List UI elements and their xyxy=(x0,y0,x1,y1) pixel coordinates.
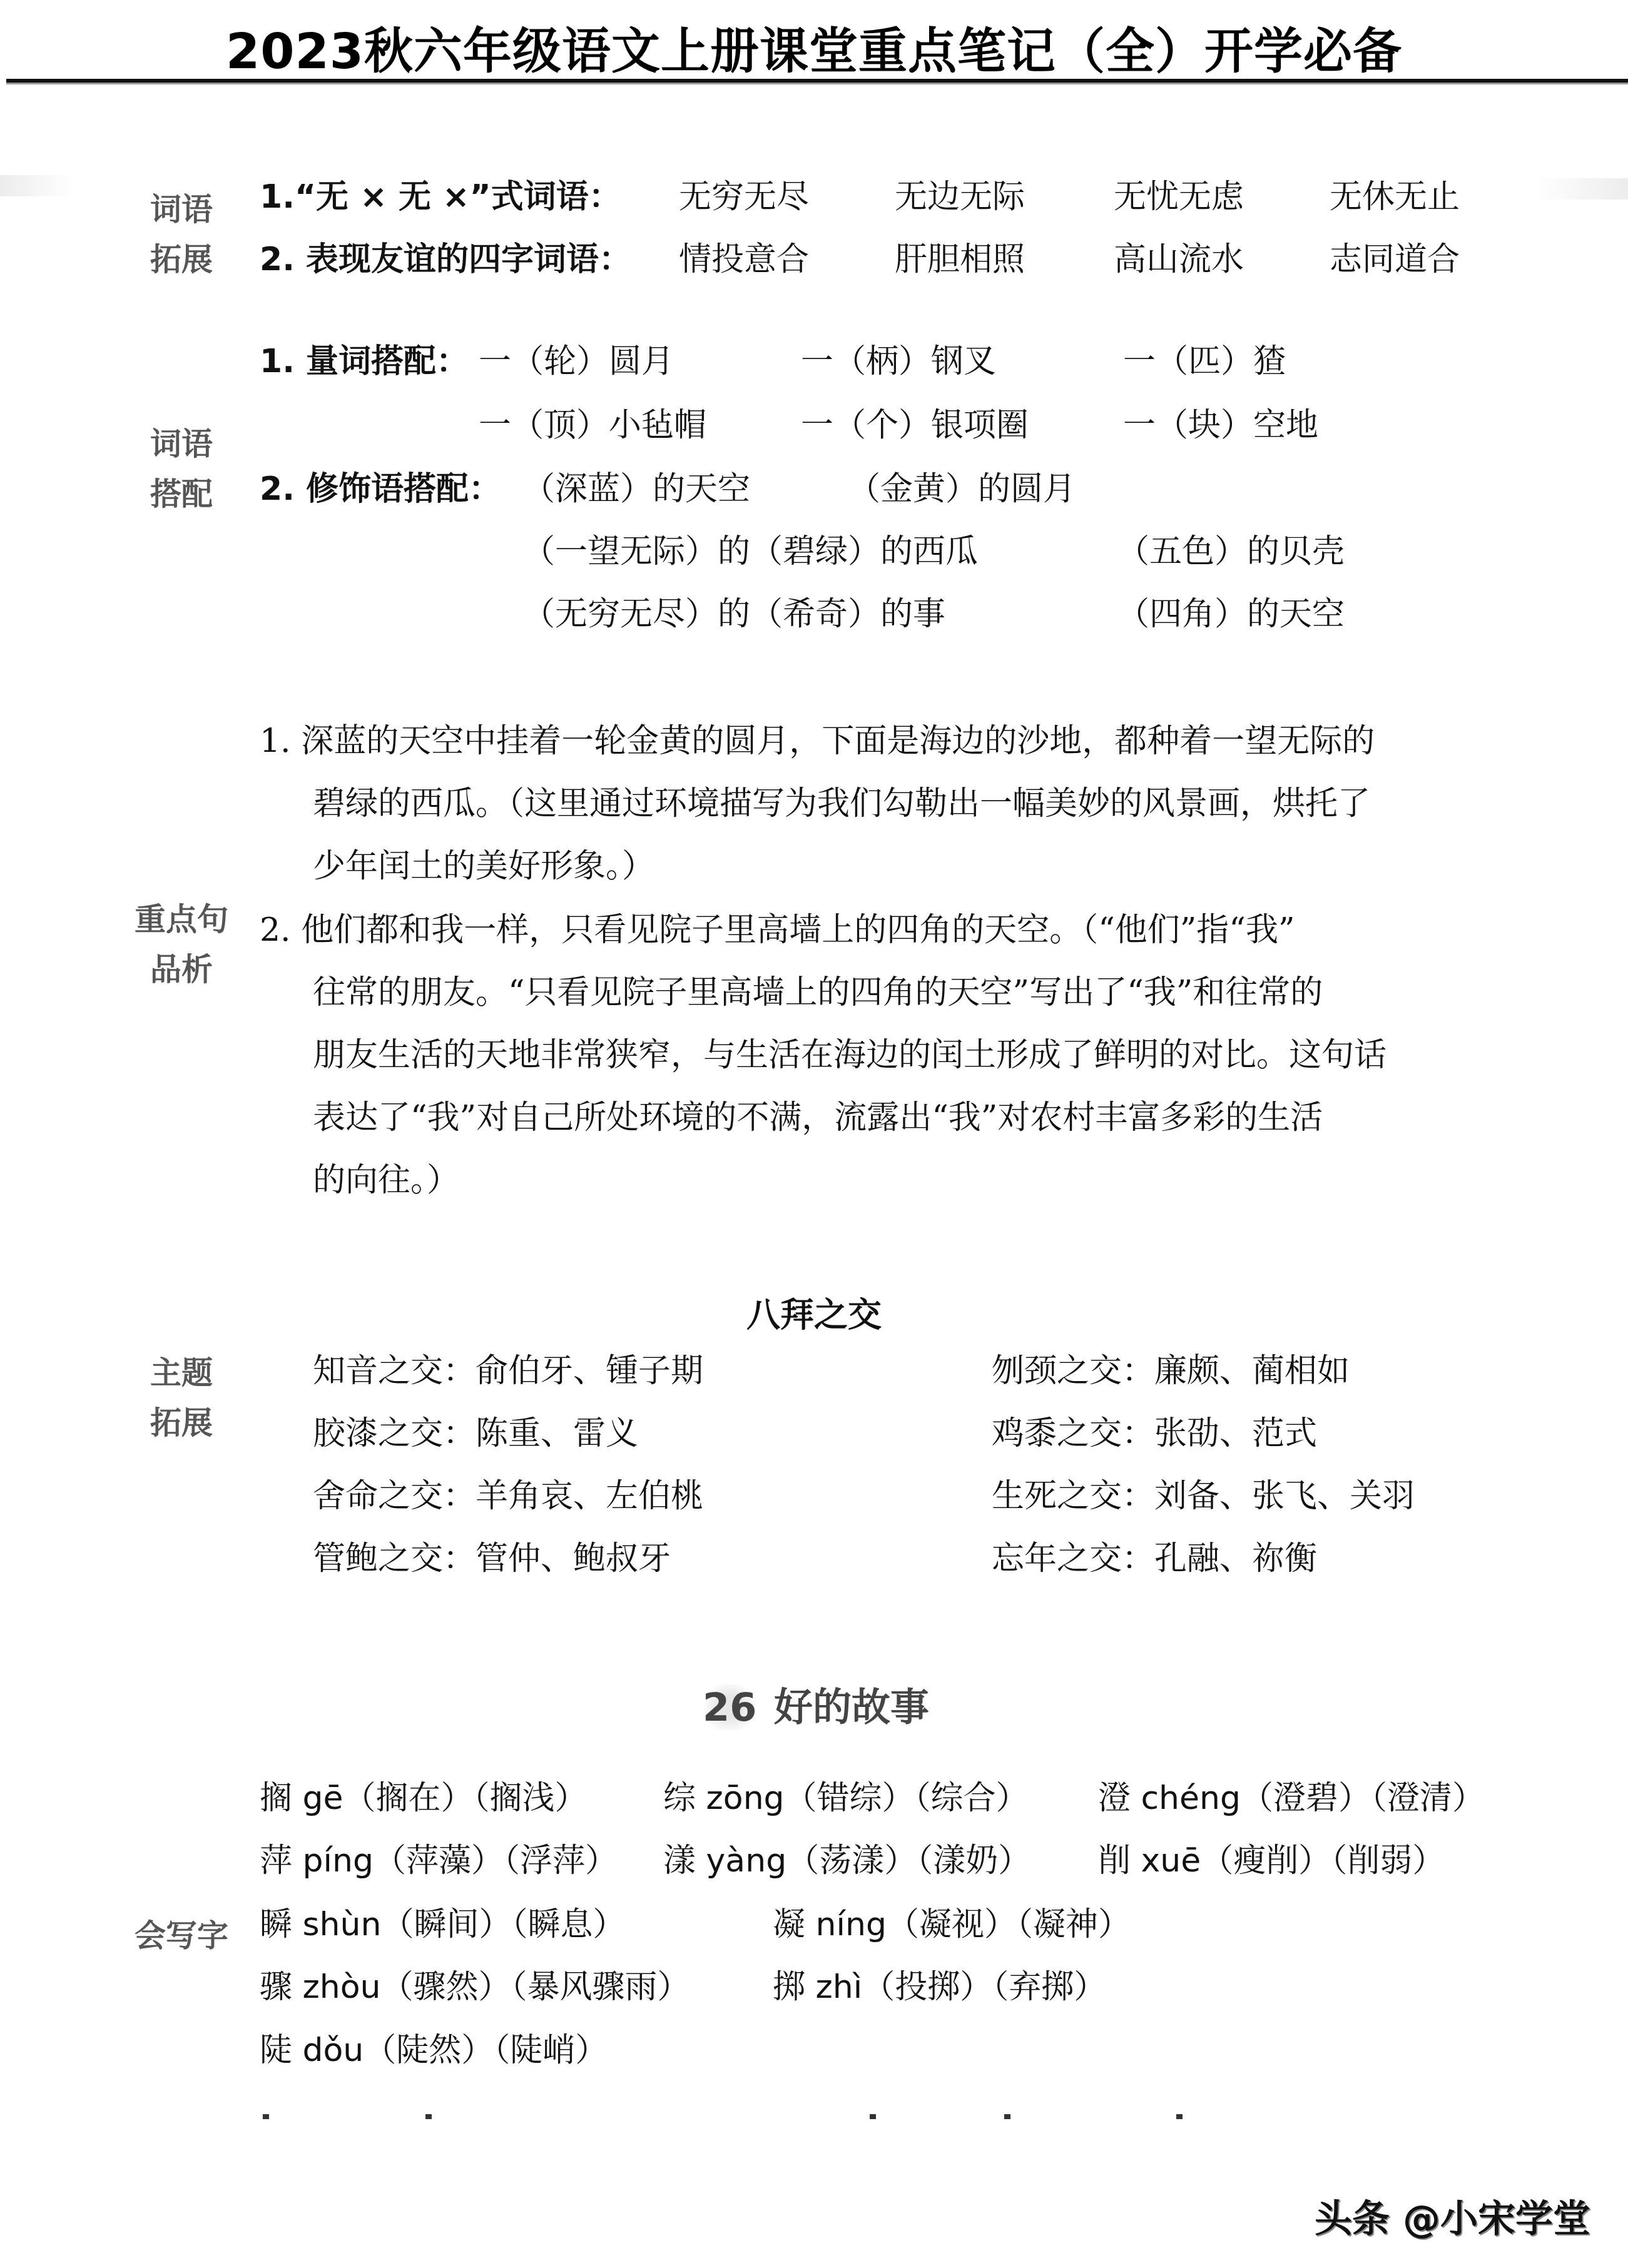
match-item: （五色）的贝壳 xyxy=(1117,533,1345,570)
fragment xyxy=(870,2114,876,2119)
fragment xyxy=(263,2114,269,2119)
section-label: 主题 拓展 xyxy=(119,1348,244,1448)
match-item: 一（轮）圆月 xyxy=(479,343,674,380)
friendship-item: 知音之交：俞伯牙、锺子期 xyxy=(313,1352,703,1390)
sentence-line: 朋友生活的天地非常狭窄，与生活在海边的闰土形成了鲜明的对比。这句话 xyxy=(313,1036,1386,1074)
char-entry: 萍 píng（萍藻）（浮萍） xyxy=(260,1842,618,1880)
sentence-line: 表达了“我”对自己所处环境的不满，流露出“我”对农村丰富多彩的生活 xyxy=(313,1099,1323,1137)
row-lead: 1.“无 × 无 ×”式词语： xyxy=(260,178,621,216)
section-label: 重点句 品析 xyxy=(119,894,244,995)
row-lead: 1. 量词搭配： xyxy=(260,343,469,380)
vocab-item: 志同道合 xyxy=(1330,241,1460,278)
sentence-line: 2. 他们都和我一样，只看见院子里高墙上的四角的天空。（“他们”指“我” xyxy=(260,911,1295,949)
lesson-number: 26 xyxy=(699,1684,760,1730)
section-label-line: 拓展 xyxy=(119,235,244,285)
row-lead: 2. 修饰语搭配： xyxy=(260,470,501,508)
lesson-title: 好的故事 xyxy=(774,1684,929,1730)
char-entry: 瞬 shùn（瞬间）（瞬息） xyxy=(260,1906,626,1943)
match-item: （深蓝）的天空 xyxy=(522,470,750,508)
vocab-item: 无忧无虑 xyxy=(1114,178,1244,216)
char-entry: 搁 gē（搁在）（搁浅） xyxy=(260,1779,588,1817)
char-entry: 削 xuē（瘦削）（削弱） xyxy=(1098,1842,1445,1880)
char-entry: 综 zōng（错综）（综合） xyxy=(663,1779,1029,1817)
page-title: 2023秋六年级语文上册课堂重点笔记（全）开学必备 xyxy=(0,13,1628,83)
match-item: 一（个）银项圈 xyxy=(801,407,1029,444)
sentence-line: 1. 深蓝的天空中挂着一轮金黄的圆月，下面是海边的沙地，都种着一望无际的 xyxy=(260,722,1375,760)
match-item: （一望无际）的（碧绿）的西瓜 xyxy=(522,533,978,570)
vocab-item: 无休无止 xyxy=(1330,178,1460,216)
section-label-line: 主题 xyxy=(119,1348,244,1398)
char-entry: 骤 zhòu（骤然）（暴风骤雨） xyxy=(260,1968,690,2006)
match-item: 一（匹）猹 xyxy=(1123,343,1286,380)
section-label-line: 词语 xyxy=(119,419,244,469)
section-label: 词语 拓展 xyxy=(119,185,244,285)
char-entry: 漾 yàng（荡漾）（漾奶） xyxy=(663,1842,1030,1880)
lesson-heading: 26 好的故事 xyxy=(0,1676,1628,1732)
section-label-line: 拓展 xyxy=(119,1398,244,1448)
friendship-item: 忘年之交：孔融、祢衡 xyxy=(992,1540,1317,1577)
friendship-item: 鸡黍之交：张劭、范式 xyxy=(992,1415,1317,1452)
section-label: 词语 搭配 xyxy=(119,419,244,519)
match-item: 一（块）空地 xyxy=(1123,407,1318,444)
match-item: （四角）的天空 xyxy=(1117,595,1345,633)
sentence-line: 的向往。） xyxy=(313,1162,459,1199)
char-entry: 陡 dǒu（陡然）（陡峭） xyxy=(260,2032,608,2069)
friendship-item: 管鲍之交：管仲、鲍叔牙 xyxy=(313,1540,671,1577)
title-divider xyxy=(6,79,1628,83)
fragment xyxy=(425,2114,432,2119)
friendship-item: 生死之交：刘备、张飞、关羽 xyxy=(992,1477,1415,1515)
friendship-item: 胶漆之交：陈重、雷义 xyxy=(313,1415,638,1452)
vocab-item: 高山流水 xyxy=(1114,241,1244,278)
match-item: 一（顶）小毡帽 xyxy=(479,407,706,444)
row-lead: 2. 表现友谊的四字词语： xyxy=(260,241,631,278)
section-label-line: 搭配 xyxy=(119,469,244,519)
scan-smudge-right xyxy=(1534,178,1628,200)
vocab-item: 情投意合 xyxy=(679,241,809,278)
sentence-line: 往常的朋友。“只看见院子里高墙上的四角的天空”写出了“我”和往常的 xyxy=(313,974,1323,1011)
vocab-item: 无边无际 xyxy=(895,178,1025,216)
char-entry: 凝 níng（凝视）（凝神） xyxy=(773,1906,1131,1943)
match-item: （金黄）的圆月 xyxy=(848,470,1076,508)
sentence-line: 少年闰土的美好形象。） xyxy=(313,848,654,885)
vocab-item: 肝胆相照 xyxy=(895,241,1025,278)
match-item: （无穷无尽）的（希奇）的事 xyxy=(522,595,945,633)
watermark: 头条 @小宋学堂 xyxy=(1315,2189,1590,2243)
section-label-line: 品析 xyxy=(119,944,244,995)
sentence-line: 碧绿的西瓜。（这里通过环境描写为我们勾勒出一幅美妙的风景画，烘托了 xyxy=(313,785,1370,823)
vocab-item: 无穷无尽 xyxy=(679,178,809,216)
fragment xyxy=(1004,2114,1010,2119)
friendship-item: 舍命之交：羊角哀、左伯桃 xyxy=(313,1477,703,1515)
section-label-line: 词语 xyxy=(119,185,244,235)
section-label: 会写字 xyxy=(119,1911,244,1961)
char-entry: 掷 zhì（投掷）（弃掷） xyxy=(773,1968,1106,2006)
scan-smudge-left xyxy=(0,175,75,196)
section-label-line: 重点句 xyxy=(119,894,244,944)
fragment xyxy=(1176,2114,1183,2119)
match-item: 一（柄）钢叉 xyxy=(801,343,996,380)
char-entry: 澄 chéng（澄碧）（澄清） xyxy=(1098,1779,1485,1817)
friendship-item: 刎颈之交：廉颇、蔺相如 xyxy=(992,1352,1350,1390)
subsection-heading: 八拜之交 xyxy=(0,1288,1628,1337)
